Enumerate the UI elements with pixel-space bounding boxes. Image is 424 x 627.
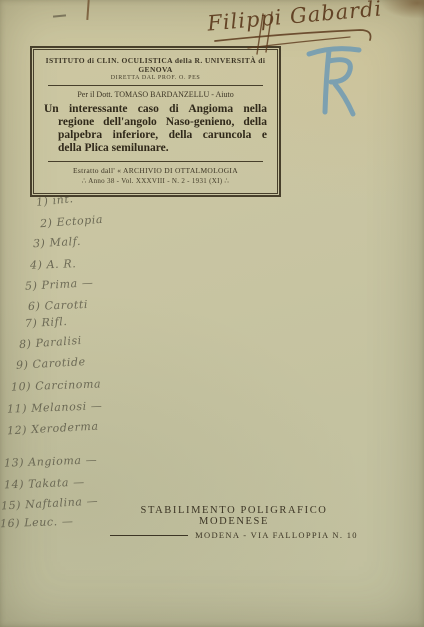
title-line: palpebra inferiore, della caruncola e <box>44 129 267 142</box>
publisher-address: MODENA - VIA FALLOPPIA N. 10 <box>195 530 358 540</box>
pencil-note: 14) Takata — <box>4 476 85 492</box>
pencil-note: 6) Carotti <box>28 298 88 313</box>
pencil-note: 3) Malf. <box>33 235 82 251</box>
address-rule <box>110 535 188 536</box>
pencil-note: 4) A. R. <box>30 257 77 272</box>
ink-smudge <box>378 0 424 20</box>
title-line: della Plica semilunare. <box>44 142 267 155</box>
pencil-note: 13) Angioma — <box>4 453 98 469</box>
publication-title: Un interessante caso di Angioma nella re… <box>42 103 269 155</box>
signature-flourish-icon <box>200 0 382 58</box>
divider <box>48 161 263 162</box>
ink-stroke <box>86 0 89 20</box>
title-line: regione dell'angolo Naso-genieno, della <box>44 116 267 129</box>
pencil-note: 16) Leuc. — <box>0 515 74 531</box>
pencil-note: 15) Naftalina — <box>1 494 99 512</box>
pencil-note: 8) Paralisi <box>19 334 83 351</box>
ink-dash <box>53 14 66 17</box>
pencil-note: 12) Xeroderma <box>7 420 99 438</box>
publisher-name: STABILIMENTO POLIGRAFICO MODENESE <box>108 505 360 527</box>
directed-by-line: DIRETTA DAL PROF. O. PES <box>42 75 269 81</box>
publisher-address-row: MODENA - VIA FALLOPPIA N. 10 <box>108 530 360 540</box>
institute-line: ISTITUTO di CLIN. OCULISTICA della R. UN… <box>42 56 269 74</box>
title-line: Un interessante caso di Angioma nella <box>44 103 267 116</box>
pencil-note: 5) Prima — <box>25 276 94 293</box>
pencil-note: 11) Melanosi — <box>7 399 103 415</box>
publisher-block: STABILIMENTO POLIGRAFICO MODENESE MODENA… <box>108 505 360 540</box>
title-box-inner: ISTITUTO di CLIN. OCULISTICA della R. UN… <box>33 49 278 194</box>
divider <box>48 85 263 86</box>
pencil-note: 10) Carcinoma <box>11 377 102 393</box>
extract-volume-line: ∴ Anno 38 - Vol. XXXVIII - N. 2 - 1931 (… <box>42 177 269 185</box>
pencil-note: 9) Carotide <box>16 355 86 372</box>
title-box: ISTITUTO di CLIN. OCULISTICA della R. UN… <box>30 46 281 197</box>
pencil-note: 7) Rifl. <box>25 315 68 330</box>
pencil-note: 2) Ectopia <box>40 213 104 230</box>
extract-source-line: Estratto dall' « ARCHIVIO DI OTTALMOLOGI… <box>42 166 269 175</box>
book-cover: Filippi Gabardi ISTITUTO di CLIN. OCULIS… <box>0 0 424 627</box>
author-line: Per il Dott. TOMASO BARDANZELLU - Aiuto <box>42 90 269 99</box>
